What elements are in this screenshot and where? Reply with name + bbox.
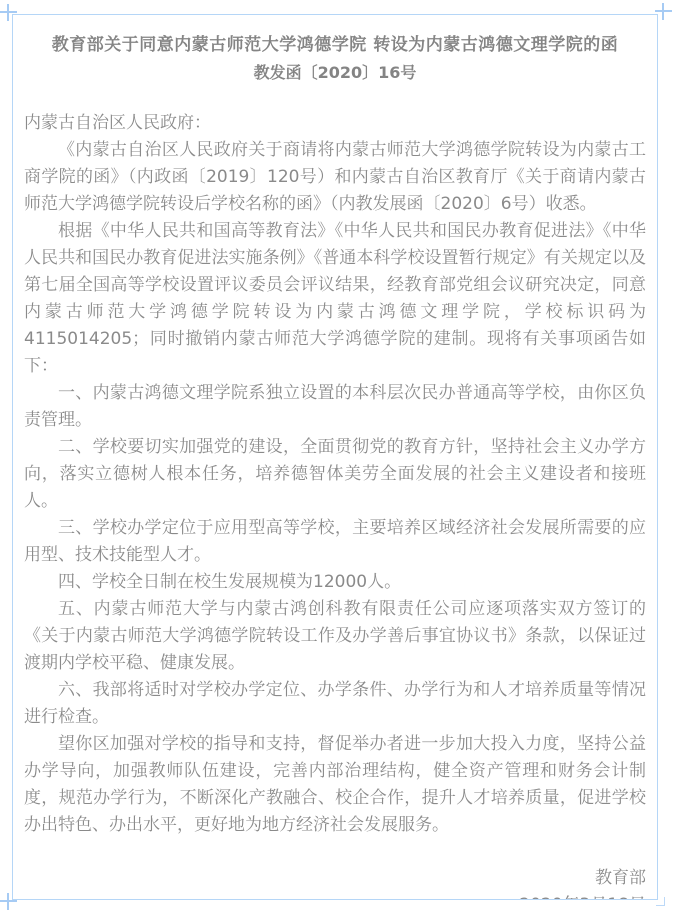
crop-mark-line <box>0 900 17 902</box>
signature-date: 2020年3月18日 <box>24 892 646 900</box>
paragraph: 根据《中华人民共和国高等教育法》《中华人民共和国民办教育促进法》《中华人民共和国… <box>24 218 646 380</box>
paragraph: 三、学校办学定位于应用型高等学校，主要培养区域经济社会发展所需要的应用型、技术技… <box>24 515 646 569</box>
document-frame: 教育部关于同意内蒙古师范大学鸿德学院 转设为内蒙古鸿德文理学院的函 教发函〔20… <box>12 14 658 900</box>
salutation: 内蒙古自治区人民政府： <box>24 110 646 137</box>
crop-mark-line <box>662 3 664 20</box>
paragraph: 五、内蒙古师范大学与内蒙古鸿创科教有限责任公司应逐项落实双方签订的《关于内蒙古师… <box>24 596 646 677</box>
paragraph: 望你区加强对学校的指导和支持，督促举办者进一步加大投入力度，坚持公益办学导向，加… <box>24 731 646 839</box>
document-page: 教育部关于同意内蒙古师范大学鸿德学院 转设为内蒙古鸿德文理学院的函 教发函〔20… <box>0 0 674 916</box>
crop-mark-line <box>7 4 9 21</box>
crop-mark-line <box>0 11 17 13</box>
paragraph: 一、内蒙古鸿德文理学院系独立设置的本科层次民办普通高等学校，由你区负责管理。 <box>24 380 646 434</box>
crop-mark-line <box>7 893 9 910</box>
crop-mark-line <box>655 10 672 12</box>
paragraph: 四、学校全日制在校生发展规模为12000人。 <box>24 569 646 596</box>
document-number: 教发函〔2020〕16号 <box>24 62 646 84</box>
signature-name: 教育部 <box>24 865 646 892</box>
paragraph: 《内蒙古自治区人民政府关于商请将内蒙古师范大学鸿德学院转设为内蒙古工商学院的函》… <box>24 137 646 218</box>
paragraph: 二、学校要切实加强党的建设，全面贯彻党的教育方针，坚持社会主义办学方向，落实立德… <box>24 434 646 515</box>
document-body: 内蒙古自治区人民政府： 《内蒙古自治区人民政府关于商请将内蒙古师范大学鸿德学院转… <box>24 110 646 900</box>
paragraph: 六、我部将适时对学校办学定位、办学条件、办学行为和人才培养质量等情况进行检查。 <box>24 677 646 731</box>
document-title: 教育部关于同意内蒙古师范大学鸿德学院 转设为内蒙古鸿德文理学院的函 <box>24 33 646 57</box>
paragraph-list: 《内蒙古自治区人民政府关于商请将内蒙古师范大学鸿德学院转设为内蒙古工商学院的函》… <box>24 137 646 839</box>
